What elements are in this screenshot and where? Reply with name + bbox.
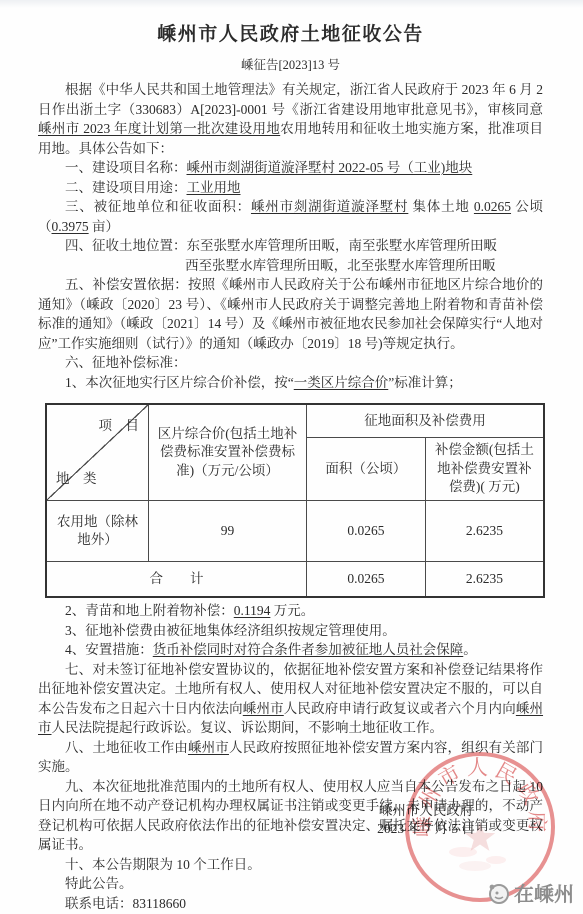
signature-date: 2023 年 7 月 5 日 — [377, 820, 475, 838]
compensation-table: 项 目地 类 区片综合价(包括土地补偿费标准安置补偿费标准)（万元/公顷） 征地… — [45, 403, 545, 598]
text-run: 人民法院提起行政诉讼。复议、诉讼期间，不影响土地征收工作。 — [52, 720, 444, 735]
cell-zone-price: 99 — [149, 501, 307, 562]
underlined-text: 0.0265 — [474, 199, 511, 214]
corner-label-project: 项 目 — [47, 409, 148, 436]
underlined-text: 嵊州市剡湖街道漩泽墅村 — [251, 199, 408, 214]
underlined-text: 嵊州市剡湖街道漩泽墅村 2022-05 号（工业)地块 — [187, 160, 473, 175]
text-run: ”标准计算； — [388, 375, 462, 390]
watermark: 在嵊州 — [487, 878, 574, 907]
watermark-label: 在嵊州 — [514, 878, 574, 907]
para-compensation-standard-heading: 六、征地补偿标准： — [38, 353, 543, 373]
para-legal-basis: 根据《中华人民共和国土地管理法》有关规定，浙江省人民政府于 2023 年 6 月… — [38, 80, 543, 158]
text-run: 二、建设项目用途： — [65, 180, 187, 195]
text-run: 2、青苗和地上附着物补偿： — [65, 603, 234, 618]
para-fund-management: 3、征地补偿费由被征地集体经济组织按规定管理使用。 — [38, 621, 543, 641]
column-header-amount: 补偿金额(包括土地补偿费安置补偿费)( 万元) — [425, 438, 544, 501]
column-header-area: 面积（公顷） — [307, 438, 426, 501]
text-run: 四、征收土地位置：东至张墅水库管理所田畈，南至张墅水库管理所田畈 — [65, 238, 497, 253]
column-header-zone-price: 区片综合价(包括土地补偿费标准安置补偿费标准)（万元/公顷） — [149, 404, 307, 501]
text-run: 五、补偿安置依据：按照《嵊州市人民政府关于公布嵊州市征地区片综合地价的通知》（嵊… — [38, 277, 543, 351]
cell-area: 0.0265 — [307, 501, 426, 562]
para-hereby-announced: 特此公告。 — [38, 874, 543, 894]
text-run: 万元。 — [270, 603, 314, 618]
text-run: 根据《中华人民共和国土地管理法》有关规定，浙江省人民政府于 2023 年 6 月… — [38, 82, 543, 117]
cell-amount: 2.6235 — [425, 501, 544, 562]
corner-label-land-type: 地 类 — [47, 436, 148, 497]
text-run: 三、被征地单位和征收面积： — [65, 199, 251, 214]
underlined-text: 0.1194 — [234, 603, 271, 618]
para-implementation: 八、土地征收工作由嵊州市人民政府按照征地补偿安置方案内容，组织有关部门实施。 — [38, 738, 543, 777]
text-run: 一、建设项目名称： — [65, 160, 187, 175]
underlined-text: 嵊州市 — [243, 701, 284, 716]
signature-org: 嵊州市人民政府 — [377, 802, 475, 820]
underlined-text: 嵊州市 2023 年度计划第一批次建设用地 — [38, 121, 280, 136]
underlined-text: 工业用地 — [187, 180, 241, 195]
para-notice-period: 十、本公告期限为 10 个工作日。 — [38, 855, 543, 875]
text-run: 西至张墅水库管理所田畈，北至张墅水库管理所田畈 — [185, 258, 496, 273]
para-dispute-procedure: 七、对未签订征地补偿安置协议的，依据征地补偿安置方案和补偿登记结果将作出征地补偿… — [38, 660, 543, 738]
text-run: 六、征地补偿标准： — [65, 355, 187, 370]
cell-total-area: 0.0265 — [307, 562, 426, 598]
signature-block: 嵊州市人民政府 2023 年 7 月 5 日 — [377, 802, 475, 838]
document-number: 嵊征告[2023]13 号 — [38, 57, 543, 73]
text-run: 。 — [463, 642, 477, 657]
text-run: 联系电话：83118660 — [65, 896, 186, 911]
text-run: 特此公告。 — [65, 876, 133, 891]
document-body: 嵊州市人民政府土地征收公告 嵊征告[2023]13 号 根据《中华人民共和国土地… — [0, 0, 583, 913]
text-run: 人民政府申请行政复议或者六个月内向 — [284, 701, 516, 716]
table-total-row: 合 计 0.0265 2.6235 — [46, 562, 544, 598]
text-run: 集体土地 — [408, 199, 474, 214]
para-project-name: 一、建设项目名称：嵊州市剡湖街道漩泽墅村 2022-05 号（工业)地块 — [38, 158, 543, 178]
cell-total-amount: 2.6235 — [425, 562, 544, 598]
announcement-page: 嵊州市人民政府土地征收公告 嵊征告[2023]13 号 根据《中华人民共和国土地… — [0, 0, 583, 914]
para-land-location: 四、征收土地位置：东至张墅水库管理所田畈，南至张墅水库管理所田畈西至张墅水库管理… — [38, 236, 543, 275]
para-project-use: 二、建设项目用途：工业用地 — [38, 178, 543, 198]
underlined-text: 货币补偿同时对符合条件者参加被征地人员社会保障 — [153, 642, 464, 657]
table-row: 农用地（除林地外） 99 0.0265 2.6235 — [46, 501, 544, 562]
underlined-text: 嵊州市 — [188, 740, 229, 755]
text-run: 亩） — [89, 219, 119, 234]
cell-land-type: 农用地（除林地外） — [46, 501, 149, 562]
table-corner-cell: 项 目地 类 — [46, 404, 149, 501]
para-zone-price: 1、本次征地实行区片综合价补偿，按“一类区片综合价”标准计算； — [38, 373, 543, 393]
para-contact-phone: 联系电话：83118660 — [38, 894, 543, 914]
page-title: 嵊州市人民政府土地征收公告 — [38, 22, 543, 48]
para-compensation-basis: 五、补偿安置依据：按照《嵊州市人民政府关于公布嵊州市征地区片综合地价的通知》（嵊… — [38, 275, 543, 353]
para-seedling-compensation: 2、青苗和地上附着物补偿：0.1194 万元。 — [38, 601, 543, 621]
text-run: 4、安置措施： — [65, 642, 153, 657]
cell-total-label: 合 计 — [46, 562, 307, 598]
para-expropriated-unit: 三、被征地单位和征收面积：嵊州市剡湖街道漩泽墅村 集体土地 0.0265 公顷（… — [38, 197, 543, 236]
column-group-header: 征地面积及补偿费用 — [307, 404, 545, 438]
underlined-text: 一类区片综合价 — [294, 375, 389, 390]
text-run: 十、本公告期限为 10 个工作日。 — [65, 857, 261, 872]
text-run: 八、土地征收工作由 — [65, 740, 188, 755]
para-resettlement-measures: 4、安置措施：货币补偿同时对符合条件者参加被征地人员社会保障。 — [38, 640, 543, 660]
text-run: 1、本次征地实行区片综合价补偿，按“ — [65, 375, 294, 390]
zai-shengzhou-logo-icon — [487, 881, 511, 905]
underlined-text: 0.3975 — [52, 219, 89, 234]
text-run: 3、征地补偿费由被征地集体经济组织按规定管理使用。 — [65, 623, 396, 638]
